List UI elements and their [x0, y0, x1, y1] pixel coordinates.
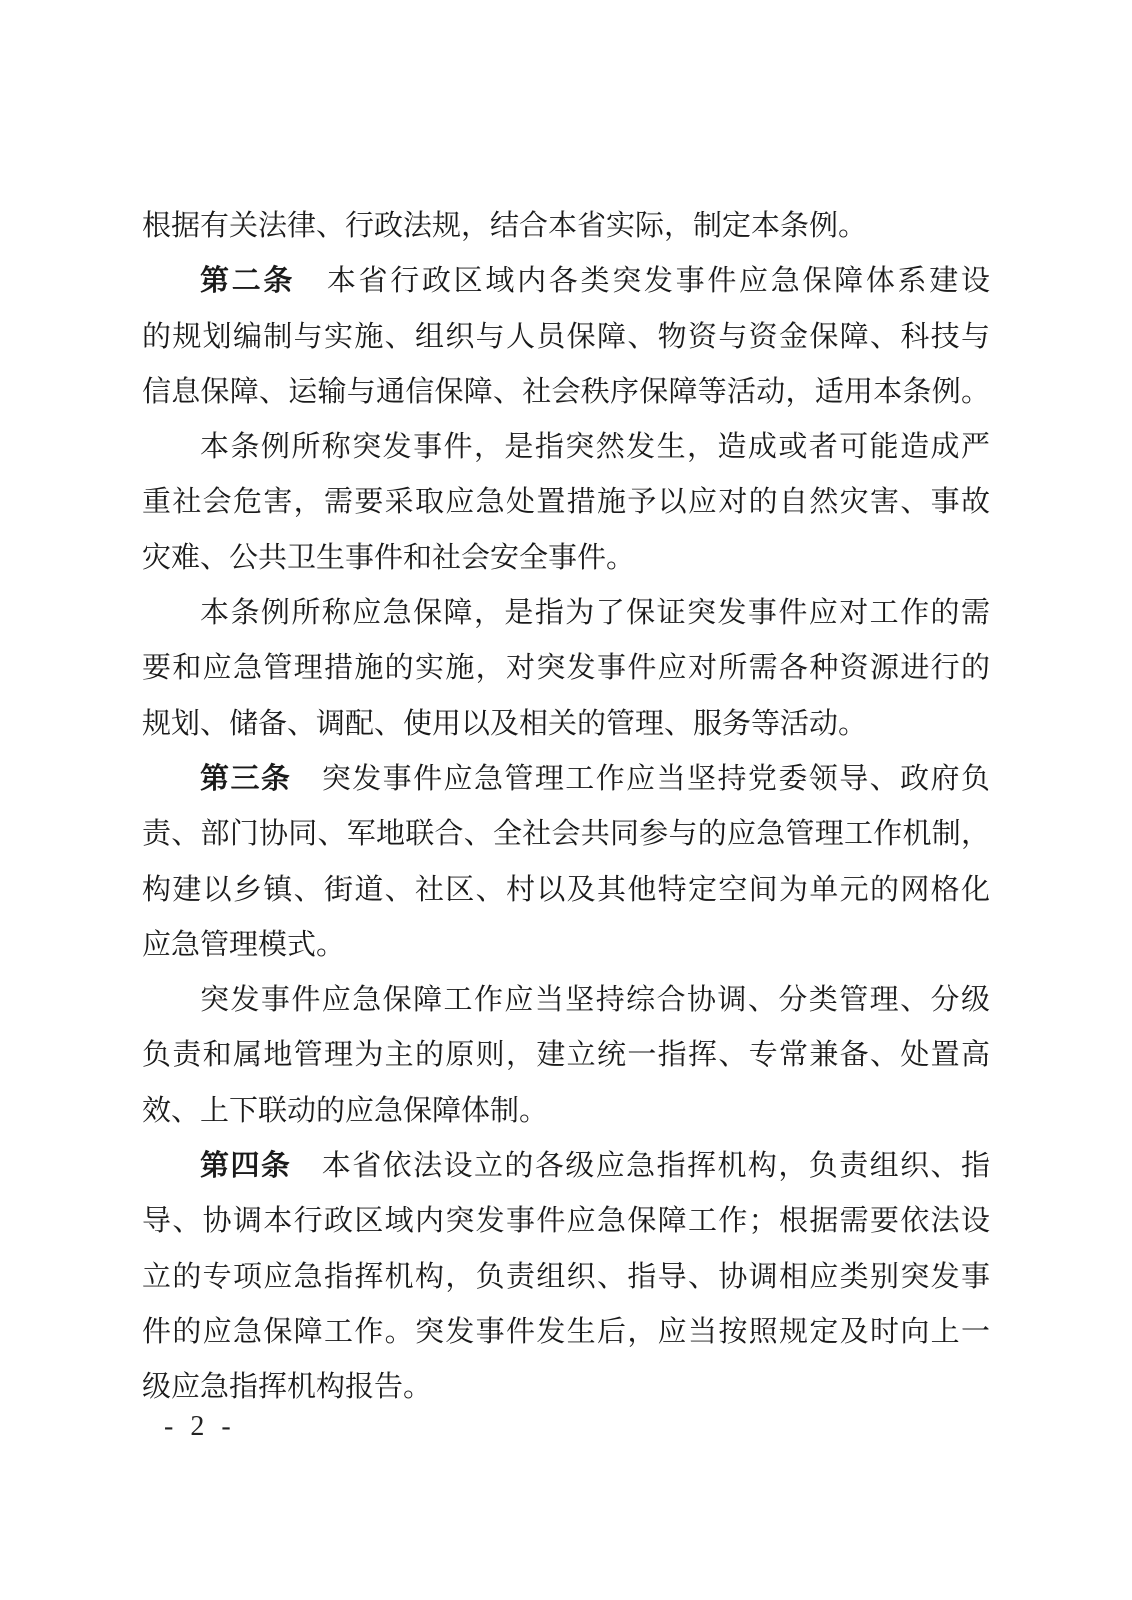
line-text: 本条例所称突发事件，是指突然发生，造成或者可能造成严 [200, 431, 990, 463]
line-text: 负责和属地管理为主的原则，建立统一指挥、专常兼备、处置高 [142, 1039, 990, 1071]
text-line: 级应急指挥机构报告。 [142, 1360, 990, 1415]
line-text: 突发事件应急管理工作应当坚持党委领导、政府负 [322, 763, 990, 795]
line-text: 导、协调本行政区域内突发事件应急保障工作；根据需要依法设 [142, 1205, 990, 1237]
text-line: 本条例所称应急保障，是指为了保证突发事件应对工作的需 [142, 586, 990, 641]
line-text: 根据有关法律、行政法规，结合本省实际，制定本条例。 [142, 210, 867, 242]
line-text: 本省依法设立的各级应急指挥机构，负责组织、指 [322, 1150, 990, 1182]
article-number: 第四条 [200, 1150, 291, 1182]
line-text: 立的专项应急指挥机构，负责组织、指导、协调相应类别突发事 [142, 1261, 990, 1293]
article-line: 第二条 本省行政区域内各类突发事件应急保障体系建设 [142, 254, 990, 309]
page-number: - 2 - [164, 1412, 231, 1442]
line-text: 级应急指挥机构报告。 [142, 1371, 432, 1403]
line-text: 责、部门协同、军地联合、全社会共同参与的应急管理工作机制， [142, 818, 990, 850]
document-body: 根据有关法律、行政法规，结合本省实际，制定本条例。第二条 本省行政区域内各类突发… [142, 199, 990, 1416]
text-line: 导、协调本行政区域内突发事件应急保障工作；根据需要依法设 [142, 1194, 990, 1249]
text-line: 效、上下联动的应急保障体制。 [142, 1084, 990, 1139]
text-line: 重社会危害，需要采取应急处置措施予以应对的自然灾害、事故 [142, 475, 990, 530]
document-page: 根据有关法律、行政法规，结合本省实际，制定本条例。第二条 本省行政区域内各类突发… [0, 0, 1132, 1600]
text-line: 规划、储备、调配、使用以及相关的管理、服务等活动。 [142, 697, 990, 752]
article-line: 第三条 突发事件应急管理工作应当坚持党委领导、政府负 [142, 752, 990, 807]
line-text: 的规划编制与实施、组织与人员保障、物资与资金保障、科技与 [142, 321, 990, 353]
text-line: 本条例所称突发事件，是指突然发生，造成或者可能造成严 [142, 420, 990, 475]
article-number: 第二条 [200, 265, 295, 297]
line-text: 应急管理模式。 [142, 929, 345, 961]
text-line: 责、部门协同、军地联合、全社会共同参与的应急管理工作机制， [142, 807, 990, 862]
line-text: 规划、储备、调配、使用以及相关的管理、服务等活动。 [142, 708, 867, 740]
line-text: 效、上下联动的应急保障体制。 [142, 1095, 548, 1127]
line-text: 要和应急管理措施的实施，对突发事件应对所需各种资源进行的 [142, 652, 990, 684]
line-text: 件的应急保障工作。突发事件发生后，应当按照规定及时向上一 [142, 1316, 990, 1348]
text-line: 突发事件应急保障工作应当坚持综合协调、分类管理、分级 [142, 973, 990, 1028]
text-line: 立的专项应急指挥机构，负责组织、指导、协调相应类别突发事 [142, 1250, 990, 1305]
line-text: 重社会危害，需要采取应急处置措施予以应对的自然灾害、事故 [142, 486, 990, 518]
text-line: 件的应急保障工作。突发事件发生后，应当按照规定及时向上一 [142, 1305, 990, 1360]
text-line: 根据有关法律、行政法规，结合本省实际，制定本条例。 [142, 199, 990, 254]
text-line: 构建以乡镇、街道、社区、村以及其他特定空间为单元的网格化 [142, 863, 990, 918]
line-text: 灾难、公共卫生事件和社会安全事件。 [142, 542, 635, 574]
text-line: 负责和属地管理为主的原则，建立统一指挥、专常兼备、处置高 [142, 1028, 990, 1083]
text-line: 灾难、公共卫生事件和社会安全事件。 [142, 531, 990, 586]
line-text: 信息保障、运输与通信保障、社会秩序保障等活动，适用本条例。 [142, 376, 990, 408]
text-line: 信息保障、运输与通信保障、社会秩序保障等活动，适用本条例。 [142, 365, 990, 420]
article-number: 第三条 [200, 763, 291, 795]
line-text: 构建以乡镇、街道、社区、村以及其他特定空间为单元的网格化 [142, 874, 990, 906]
text-line: 要和应急管理措施的实施，对突发事件应对所需各种资源进行的 [142, 641, 990, 696]
text-line: 的规划编制与实施、组织与人员保障、物资与资金保障、科技与 [142, 310, 990, 365]
line-text: 本省行政区域内各类突发事件应急保障体系建设 [327, 265, 990, 297]
text-line: 应急管理模式。 [142, 918, 990, 973]
line-text: 突发事件应急保障工作应当坚持综合协调、分类管理、分级 [200, 984, 990, 1016]
line-text: 本条例所称应急保障，是指为了保证突发事件应对工作的需 [200, 597, 990, 629]
article-line: 第四条 本省依法设立的各级应急指挥机构，负责组织、指 [142, 1139, 990, 1194]
